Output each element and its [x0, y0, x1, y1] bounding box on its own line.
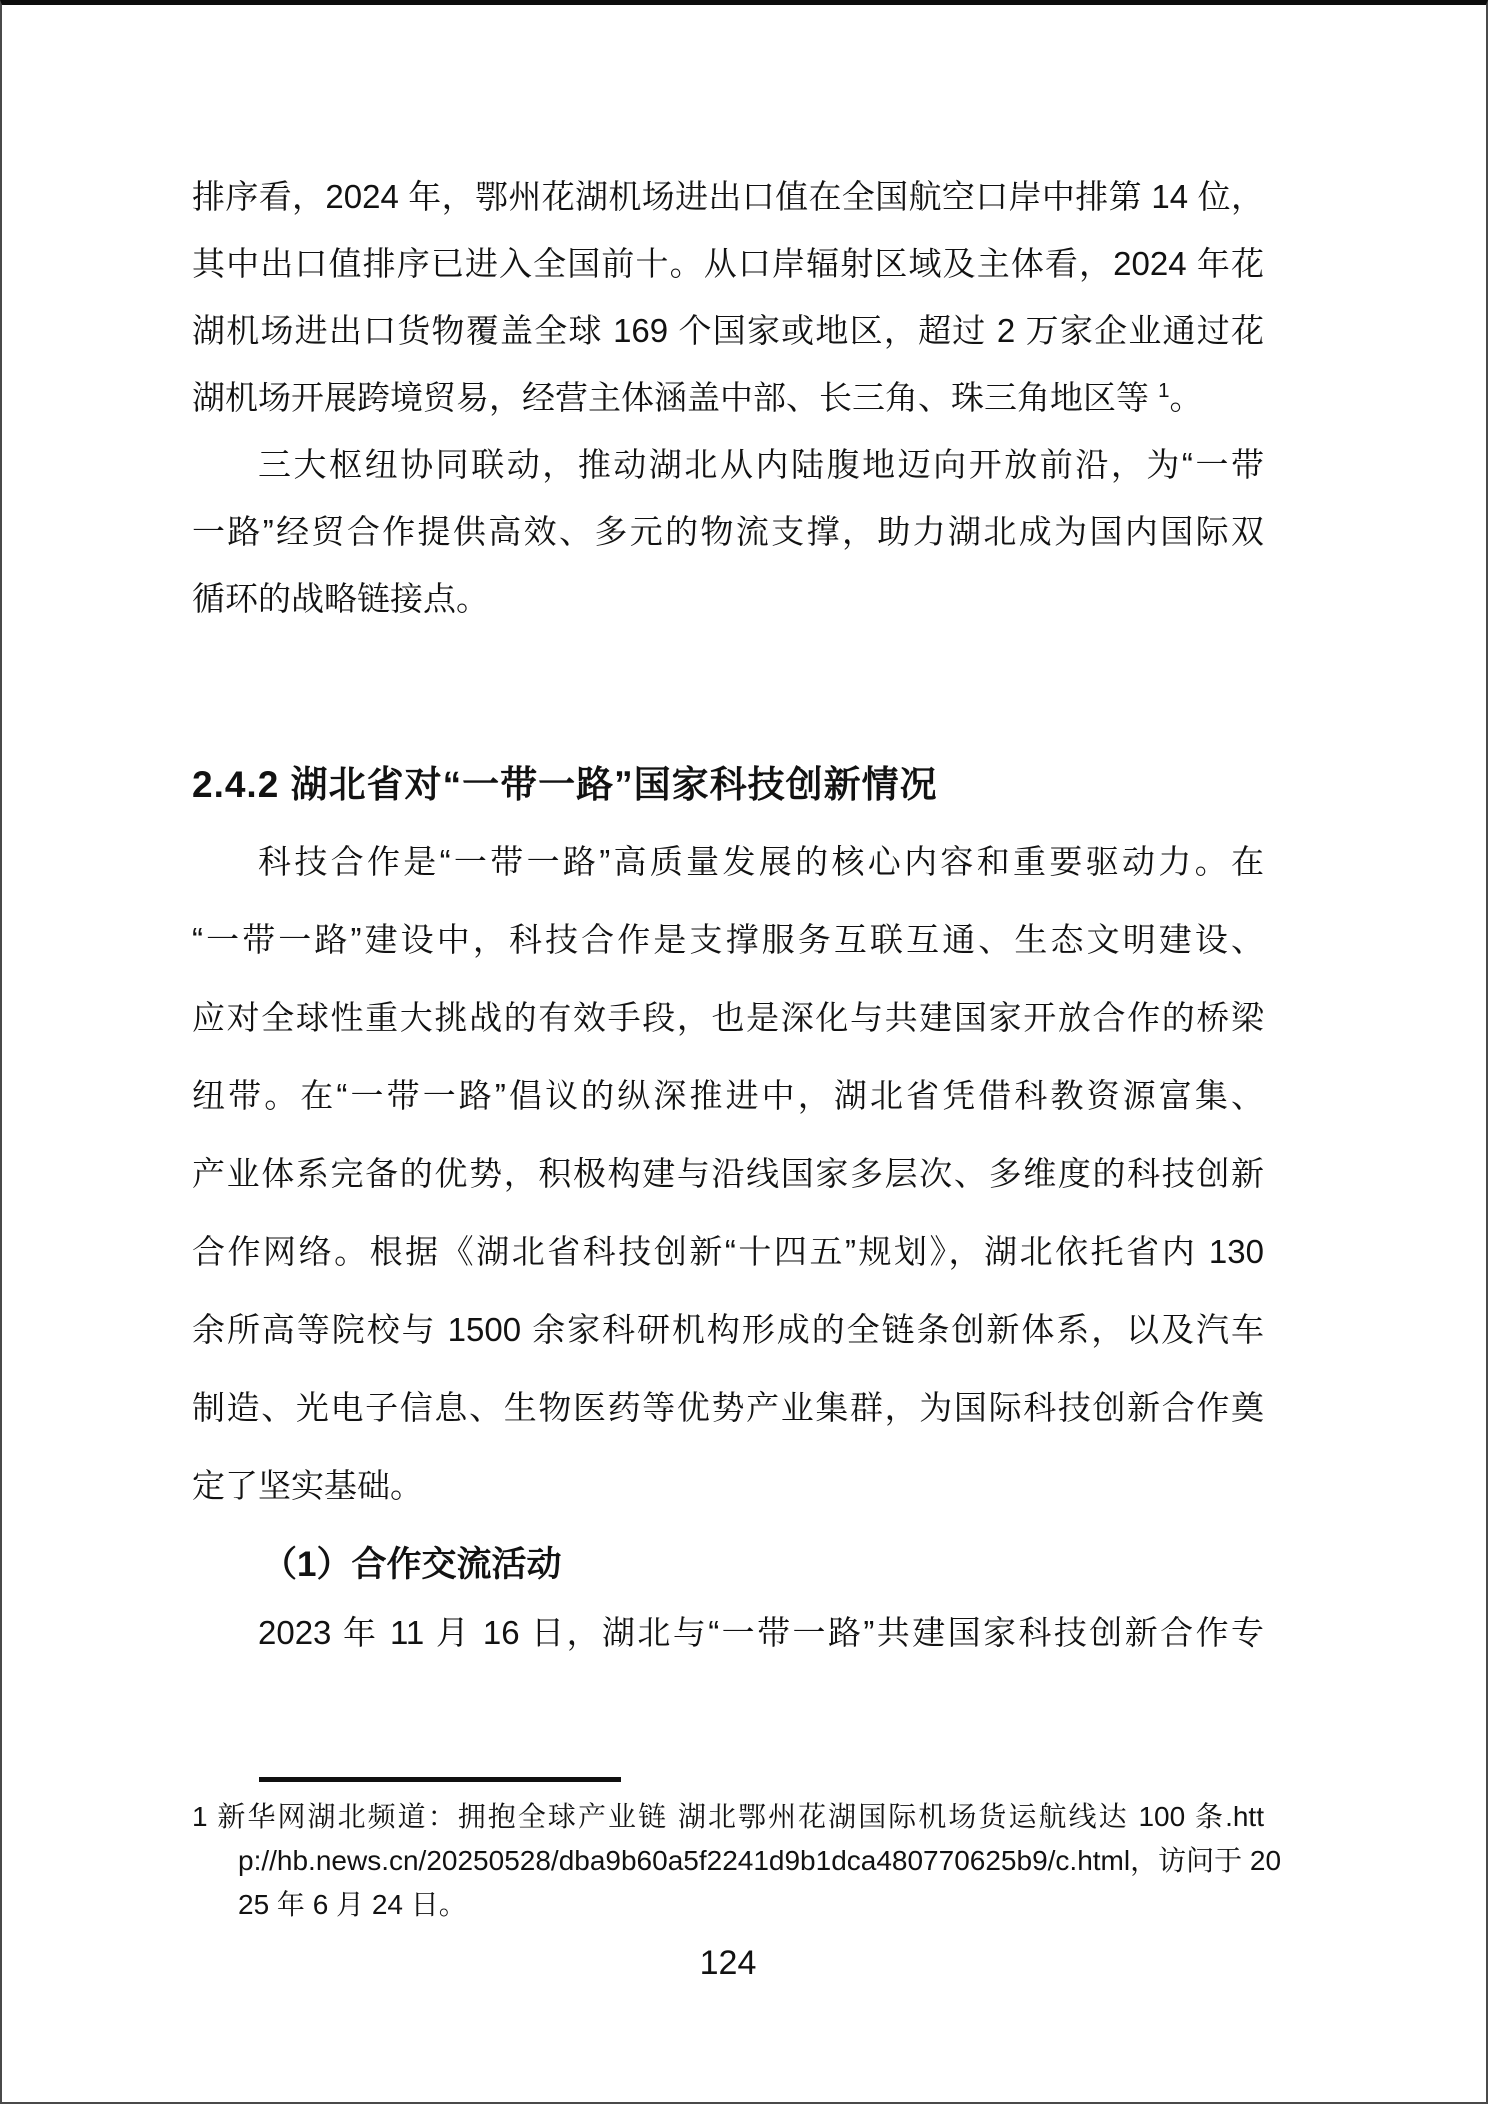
footnote-line: 1 新华网湖北频道：拥抱全球产业链 湖北鄂州花湖国际机场货运航线达 100 条.… — [192, 1795, 1264, 1839]
body-line: 三大枢纽协同联动，推动湖北从内陆腹地迈向开放前沿，为“一带 — [192, 431, 1264, 498]
footnote-ref-1: 1 — [1158, 379, 1169, 402]
body-line: 产业体系完备的优势，积极构建与沿线国家多层次、多维度的科技创新 — [192, 1135, 1264, 1213]
body-line: 排序看，2024 年，鄂州花湖机场进出口值在全国航空口岸中排第 14 位， — [192, 163, 1264, 230]
body-line: 应对全球性重大挑战的有效手段，也是深化与共建国家开放合作的桥梁 — [192, 979, 1264, 1057]
body-line: 2023 年 11 月 16 日，湖北与“一带一路”共建国家科技创新合作专 — [192, 1599, 1264, 1666]
body-line: 其中出口值排序已进入全国前十。从口岸辐射区域及主体看，2024 年花 — [192, 230, 1264, 297]
footnote-block: 1 新华网湖北频道：拥抱全球产业链 湖北鄂州花湖国际机场货运航线达 100 条.… — [192, 1795, 1264, 1927]
body-line: 余所高等院校与 1500 余家科研机构形成的全链条创新体系，以及汽车 — [192, 1291, 1264, 1369]
body-line: 循环的战略链接点。 — [192, 565, 1264, 632]
body-line-with-footnote-ref: 湖机场开展跨境贸易，经营主体涵盖中部、长三角、珠三角地区等 1。 — [192, 364, 1264, 431]
document-page: 排序看，2024 年，鄂州花湖机场进出口值在全国航空口岸中排第 14 位， 其中… — [0, 0, 1488, 2104]
footnote-line-url: p://hb.news.cn/20250528/dba9b60a5f2241d9… — [192, 1839, 1264, 1883]
paragraph-airport-trade: 排序看，2024 年，鄂州花湖机场进出口值在全国航空口岸中排第 14 位， 其中… — [192, 163, 1264, 632]
paragraph-tech-cooperation: 科技合作是“一带一路”高质量发展的核心内容和重要驱动力。在 “一带一路”建设中，… — [192, 823, 1264, 1525]
paragraph-2023-event: 2023 年 11 月 16 日，湖北与“一带一路”共建国家科技创新合作专 — [192, 1599, 1264, 1666]
subsection-heading-cooperation-activities: （1）合作交流活动 — [192, 1541, 1264, 1589]
body-line: 一路”经贸合作提供高效、多元的物流支撑，助力湖北成为国内国际双 — [192, 498, 1264, 565]
page-number: 124 — [192, 1941, 1264, 1985]
footnote-line: 25 年 6 月 24 日。 — [192, 1883, 1264, 1927]
body-line: 定了坚实基础。 — [192, 1447, 1264, 1525]
body-line: 制造、光电子信息、生物医药等优势产业集群，为国际科技创新合作奠 — [192, 1369, 1264, 1447]
body-line: “一带一路”建设中，科技合作是支撑服务互联互通、生态文明建设、 — [192, 901, 1264, 979]
body-text: 湖机场开展跨境贸易，经营主体涵盖中部、长三角、珠三角地区等 — [192, 379, 1158, 416]
body-line: 纽带。在“一带一路”倡议的纵深推进中，湖北省凭借科教资源富集、 — [192, 1057, 1264, 1135]
body-text: 。 — [1170, 379, 1203, 416]
footnote-separator-rule — [259, 1777, 621, 1782]
body-line: 科技合作是“一带一路”高质量发展的核心内容和重要驱动力。在 — [192, 823, 1264, 901]
section-heading-2-4-2: 2.4.2 湖北省对“一带一路”国家科技创新情况 — [192, 761, 1264, 809]
body-line: 湖机场进出口货物覆盖全球 169 个国家或地区，超过 2 万家企业通过花 — [192, 297, 1264, 364]
body-line: 合作网络。根据《湖北省科技创新“十四五”规划》，湖北依托省内 130 — [192, 1213, 1264, 1291]
